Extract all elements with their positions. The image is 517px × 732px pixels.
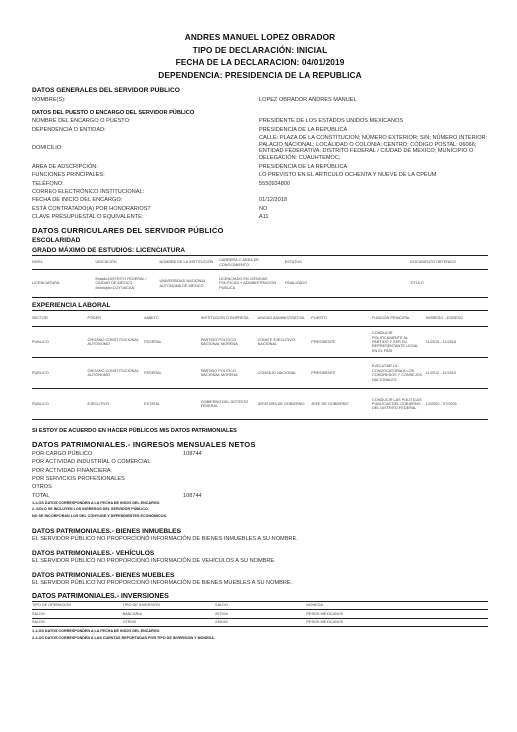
table-cell: ÓRGANO CONSTITUCIONAL AUTÓNOMO xyxy=(88,327,145,358)
table-cell: 207026 xyxy=(215,610,306,619)
general-section: DATOS GENERALES DEL SERVIDOR PUBLICO NOM… xyxy=(32,87,488,104)
income-value: 108744 xyxy=(183,492,202,500)
investments-table: TIPO DE OPERACIONTIPO DE INVERSIÓNSALDOM… xyxy=(32,601,488,628)
real-estate-message: EL SERVIDOR PÚBLICO NO PROPORCIONÓ INFOR… xyxy=(32,535,488,543)
position-label: FECHA DE INICIO DEL ENCARGO: xyxy=(32,196,259,204)
position-value: 5550934800 xyxy=(259,180,488,188)
income-row: POR ACTIVIDAD FINANCIERA xyxy=(32,467,488,475)
income-label: POR ACTIVIDAD INDUSTRIAL O COMERCIAL xyxy=(32,458,183,466)
table-cell: 11/2012 - 11/2015 xyxy=(426,358,488,389)
table-cell: ESTATAL xyxy=(144,389,201,420)
position-label: TELÉFONO: xyxy=(32,180,259,188)
table-cell: 12/2000 - 07/2005 xyxy=(426,389,488,420)
position-value: 01/12/2018 xyxy=(259,196,488,204)
position-label: DOMICILIO: xyxy=(32,144,259,152)
table-cell: FEDERAL xyxy=(144,358,201,389)
movables-message: EL SERVIDOR PÚBLICO NO PROPORCIONÓ INFOR… xyxy=(32,579,488,587)
education-table: NIVELUBICACIÓNNOMBRE DE LA INSTITUCIÓNCA… xyxy=(32,255,488,298)
position-label: DEPENDENCIA O ENTIDAD: xyxy=(32,126,259,134)
column-header: NOMBRE DE LA INSTITUCIÓN xyxy=(159,256,219,270)
position-value: A11 xyxy=(259,213,488,221)
declaration-type: TIPO DE DECLARACIÓN: INICIAL xyxy=(32,44,488,57)
table-cell: COMITE EJECUTIVO NACIONAL xyxy=(258,327,312,358)
table-cell: LICENCIADO EN CIENCIAS POLITICAS Y ADMIN… xyxy=(219,270,285,298)
column-header: UBICACIÓN xyxy=(96,256,160,270)
table-row: SALDOOTROS239040PESOS MEXICANOS xyxy=(32,618,488,627)
table-cell: CONDUCIR LAS POLITICAS PUBLICAS DEL GOBI… xyxy=(372,389,426,420)
position-row: DEPENDENCIA O ENTIDAD:PRESIDENCIA DE LA … xyxy=(32,126,488,134)
column-header: TIPO DE INVERSIÓN xyxy=(123,601,215,610)
table-row: LICENCIATURAEstado:DISTRITO FEDERAL / CI… xyxy=(32,270,488,298)
column-header: MONEDA xyxy=(306,601,488,610)
column-header: SALDO xyxy=(215,601,306,610)
real-estate-section: DATOS PATRIMONIALES.- BIENES INMUEBLES E… xyxy=(32,528,488,543)
table-row: PUBLICOÓRGANO CONSTITUCIONAL AUTÓNOMOFED… xyxy=(32,358,488,389)
position-row: CLAVE PRESUPUESTAL O EQUIVALENTE:A11 xyxy=(32,213,488,221)
curricular-section: DATOS CURRICULARES DEL SERVIDOR PÚBLICO … xyxy=(32,226,488,298)
table-cell: PESOS MEXICANOS xyxy=(306,610,488,619)
position-value: PRESIDENCIA DE LA REPUBLICA xyxy=(259,163,488,171)
position-row: TELÉFONO:5550934800 xyxy=(32,180,488,188)
income-value: 108744 xyxy=(183,450,202,458)
position-section: DATOS DEL PUESTO O ENCARGO DEL SERVIDOR … xyxy=(32,109,488,221)
table-cell: SALDO xyxy=(32,610,123,619)
table-cell: PUBLICO xyxy=(32,389,88,420)
table-cell: PRESIDENTE xyxy=(311,358,372,389)
movables-section: DATOS PATRIMONIALES.- BIENES MUEBLES EL … xyxy=(32,572,488,587)
curricular-title: DATOS CURRICULARES DEL SERVIDOR PÚBLICO xyxy=(32,226,488,235)
position-value: PRESIDENCIA DE LA REPUBLICA xyxy=(259,126,488,134)
max-degree-label: GRADO MÁXIMO DE ESTUDIOS: LICENCIATURA xyxy=(32,247,488,254)
consent-statement: SI ESTOY DE ACUERDO EN HACER PÚBLICOS MI… xyxy=(32,428,488,434)
general-title: DATOS GENERALES DEL SERVIDOR PUBLICO xyxy=(32,87,488,94)
vehicles-title: DATOS PATRIMONIALES.- VEHÍCULOS xyxy=(32,550,488,557)
column-header: INSTITUCIÓN O EMPRESA xyxy=(201,311,258,327)
declarant-name: ANDRES MANUEL LOPEZ OBRADOR xyxy=(32,31,488,44)
schooling-label: ESCOLARIDAD xyxy=(32,237,488,244)
table-cell: PARTIDO POLITICO NACIONAL MORENA xyxy=(201,327,258,358)
table-cell: Estado:DISTRITO FEDERAL / CIUDAD DE MEXI… xyxy=(96,270,160,298)
table-cell: JEFE DE GOBIERNO xyxy=(311,389,372,420)
column-header: ESTATUS xyxy=(285,256,411,270)
income-note: NO SE INCORPORAN LOS DEL CÓNYUGE Y DEPEN… xyxy=(32,513,488,519)
column-header: SECTOR xyxy=(32,311,88,327)
position-value: CALLE: PLAZA DE LA CONSTITUCION; NÚMERO … xyxy=(259,135,488,162)
name-row: NOMBRE(S): LOPEZ OBRADOR ANDRES MANUEL xyxy=(32,96,488,104)
table-cell: EJECUTAR LA CONVOCATORIA A LOS CONGRESOS… xyxy=(372,358,426,389)
table-row: PUBLICOÓRGANO CONSTITUCIONAL AUTÓNOMOFED… xyxy=(32,327,488,358)
column-header: PODER xyxy=(88,311,145,327)
table-cell: UNIVERSIDAD NACIONAL AUTONOMA DE MEXICO xyxy=(159,270,219,298)
table-cell: BANCARIA xyxy=(123,610,215,619)
table-header-row: NIVELUBICACIÓNNOMBRE DE LA INSTITUCIÓNCA… xyxy=(32,256,488,270)
position-row: NOMBRE DEL ENCARGO O PUESTO:PRESIDENTE D… xyxy=(32,117,488,125)
position-row: FUNCIONES PRINCIPALES:LO PREVISTO EN EL … xyxy=(32,171,488,179)
table-cell: EJECUTIVO xyxy=(88,389,145,420)
income-label: POR ACTIVIDAD FINANCIERA xyxy=(32,467,183,475)
name-label: NOMBRE(S): xyxy=(32,96,259,104)
table-cell: ÓRGANO CONSTITUCIONAL AUTÓNOMO xyxy=(88,358,145,389)
column-header: NIVEL xyxy=(32,256,96,270)
table-cell: 239040 xyxy=(215,618,306,627)
position-row: FECHA DE INICIO DEL ENCARGO:01/12/2018 xyxy=(32,196,488,204)
table-cell: FEDERAL xyxy=(144,327,201,358)
declaration-date: FECHA DE LA DECLARACION: 04/01/2019 xyxy=(32,56,488,69)
position-row: ESTÁ CONTRATADO(A) POR HONORARIOS?NO xyxy=(32,205,488,213)
table-cell: TITULO xyxy=(410,270,488,298)
investments-section: DATOS PATRIMONIALES.- INVERSIONES TIPO D… xyxy=(32,593,488,641)
income-label: POR SERVICIOS PROFESIONALES xyxy=(32,475,183,483)
income-row: TOTAL108744 xyxy=(32,492,488,500)
table-row: SALDOBANCARIA207026PESOS MEXICANOS xyxy=(32,610,488,619)
name-value: LOPEZ OBRADOR ANDRES MANUEL xyxy=(259,96,488,104)
position-label: FUNCIONES PRINCIPALES: xyxy=(32,171,259,179)
income-section: DATOS PATRIMONIALES.- INGRESOS MENSUALES… xyxy=(32,440,488,519)
position-label: CLAVE PRESUPUESTAL O EQUIVALENTE: xyxy=(32,213,259,221)
movables-title: DATOS PATRIMONIALES.- BIENES MUEBLES xyxy=(32,572,488,579)
investments-title: DATOS PATRIMONIALES.- INVERSIONES xyxy=(32,593,488,600)
experience-table: SECTORPODERAMBITOINSTITUCIÓN O EMPRESAUN… xyxy=(32,310,488,420)
experience-section: EXPERIENCIA LABORAL SECTORPODERAMBITOINS… xyxy=(32,301,488,420)
income-label: OTROS xyxy=(32,483,183,491)
income-label: POR CARGO PÚBLICO xyxy=(32,450,183,458)
table-header-row: TIPO DE OPERACIONTIPO DE INVERSIÓNSALDOM… xyxy=(32,601,488,610)
position-label: ÁREA DE ADSCRIPCIÓN: xyxy=(32,163,259,171)
column-header: CARRERA O ÁREA DE CONOCIMIENTO xyxy=(219,256,285,270)
column-header: DOCUMENTO OBTENIDO xyxy=(410,256,488,270)
vehicles-message: EL SERVIDOR PÚBLICO NO PROPORCIONÓ INFOR… xyxy=(32,557,488,565)
column-header: INGRESO - EGRESO xyxy=(426,311,488,327)
column-header: UNIDAD ADMINISTRATIVA xyxy=(258,311,312,327)
income-row: OTROS xyxy=(32,483,488,491)
table-cell: PRESIDENTE xyxy=(311,327,372,358)
real-estate-title: DATOS PATRIMONIALES.- BIENES INMUEBLES xyxy=(32,528,488,535)
table-cell: SALDO xyxy=(32,618,123,627)
position-row: DOMICILIO:CALLE: PLAZA DE LA CONSTITUCIO… xyxy=(32,134,488,163)
table-cell: 11/2015 - 11/2018 xyxy=(426,327,488,358)
table-header-row: SECTORPODERAMBITOINSTITUCIÓN O EMPRESAUN… xyxy=(32,311,488,327)
table-cell: FINALIZADO xyxy=(285,270,411,298)
income-title: DATOS PATRIMONIALES.- INGRESOS MENSUALES… xyxy=(32,440,488,449)
position-value: LO PREVISTO EN EL ARTICULO OCHENTA Y NUE… xyxy=(259,171,488,179)
position-row: ÁREA DE ADSCRIPCIÓN:PRESIDENCIA DE LA RE… xyxy=(32,163,488,171)
experience-title: EXPERIENCIA LABORAL xyxy=(32,301,488,310)
vehicles-section: DATOS PATRIMONIALES.- VEHÍCULOS EL SERVI… xyxy=(32,550,488,565)
table-cell: CONDUCIR POLITICAMENTE AL PARTIDO Y SER … xyxy=(372,327,426,358)
table-row: PUBLICOEJECUTIVOESTATALGOBIERNO DEL DIST… xyxy=(32,389,488,420)
position-value: NO xyxy=(259,205,488,213)
income-label: TOTAL xyxy=(32,492,183,500)
table-cell: GOBIERNO DEL DISTRITO FEDERAL xyxy=(201,389,258,420)
table-cell: PUBLICO xyxy=(32,358,88,389)
position-row: CORREO ELECTRÓNICO INSTITUCIONAL: xyxy=(32,188,488,196)
position-value xyxy=(259,188,488,196)
income-row: POR SERVICIOS PROFESIONALES xyxy=(32,475,488,483)
position-label: NOMBRE DEL ENCARGO O PUESTO: xyxy=(32,117,259,125)
income-row: POR ACTIVIDAD INDUSTRIAL O COMERCIAL xyxy=(32,458,488,466)
column-header: FUNCIÓN PRINCIPAL xyxy=(372,311,426,327)
investments-note: 2.-LOS DATOS CORRESPONDEN A LAS CUENTAS … xyxy=(32,635,488,641)
table-cell: PUBLICO xyxy=(32,327,88,358)
income-row: POR CARGO PÚBLICO108744 xyxy=(32,450,488,458)
position-title: DATOS DEL PUESTO O ENCARGO DEL SERVIDOR … xyxy=(32,109,488,117)
column-header: AMBITO xyxy=(144,311,201,327)
table-cell: PESOS MEXICANOS xyxy=(306,618,488,627)
column-header: TIPO DE OPERACION xyxy=(32,601,123,610)
table-cell: LICENCIATURA xyxy=(32,270,96,298)
declaration-dependency: DEPENDENCIA: PRESIDENCIA DE LA REPUBLICA xyxy=(32,69,488,82)
table-cell: PARTIDO POLITICO NACIONAL MORENA xyxy=(201,358,258,389)
document-header: ANDRES MANUEL LOPEZ OBRADOR TIPO DE DECL… xyxy=(32,31,488,81)
position-value: PRESIDENTE DE LOS ESTADOS UNIDOS MEXICAN… xyxy=(259,117,488,125)
table-cell: JEFATURA DE GOBIERNO xyxy=(258,389,312,420)
table-cell: CONSEJO NACIONAL xyxy=(258,358,312,389)
position-label: ESTÁ CONTRATADO(A) POR HONORARIOS? xyxy=(32,205,259,213)
column-header: PUESTO xyxy=(311,311,372,327)
table-cell: OTROS xyxy=(123,618,215,627)
position-label: CORREO ELECTRÓNICO INSTITUCIONAL: xyxy=(32,188,259,196)
declaration-document: ANDRES MANUEL LOPEZ OBRADOR TIPO DE DECL… xyxy=(32,0,488,641)
